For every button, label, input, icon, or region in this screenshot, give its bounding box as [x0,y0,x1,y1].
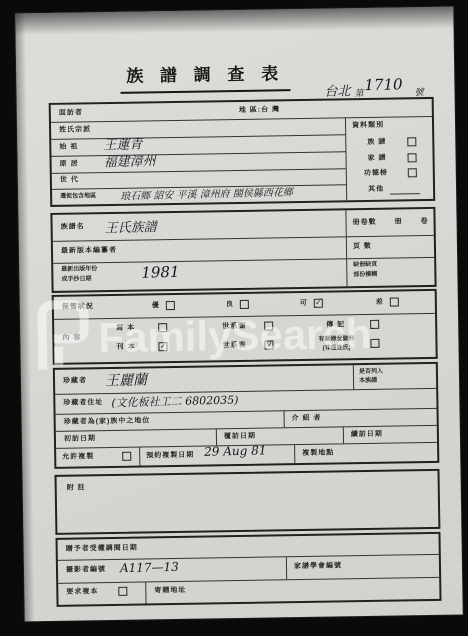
request-copy-checkbox [118,587,127,596]
mailing-address-label: 寄贈地址 [154,587,186,596]
society-number-label: 家譜學會編號 [294,562,342,572]
category-jiapu-label: 家 譜 [368,155,387,164]
copy-permission-checkbox [122,452,131,461]
owner-position-label: 珍藏者為(家)族中之地位 [64,417,151,427]
condition-fair-checkbox: ✓ [314,299,323,308]
content-lineage-chart-label: 世系圖 [222,323,246,332]
content-printed-label: 刊 本 [116,344,135,353]
surname-lineage-label: 姓氏宗派 [59,126,91,135]
followup-visit-label: 續訪日期 [351,431,383,440]
scroll-unit-label: 卷 [421,218,429,227]
publish-year-label-2: 或手抄日期 [61,276,91,284]
donation-table: 贈予者受權調閱日期 攝影者編號 A117—13 家譜學會編號 要求複本 寄贈地址 [55,532,441,607]
content-biography-checkbox [370,320,379,329]
notes-box: 附 註 [55,469,441,535]
origin-label: 原 居 [60,161,79,170]
content-women-label: 有關婦女資料 [318,336,354,344]
category-jiapu-checkbox [407,153,416,162]
basic-info-table: 面訪者 地 區:台 灣 姓氏宗派 始 祖 王蓮青 原 居 福建漳州 世 代 遷徙… [49,97,436,207]
condition-good-checkbox [240,300,249,309]
donor-authorization-date-label: 贈予者受權調閱日期 [66,545,138,555]
origin-value: 福建漳州 [103,150,155,170]
condition-poor-checkbox [390,297,399,306]
book-name-label: 族譜名 [61,223,85,232]
defect-label-1: 缺冊缺頁 [353,262,377,270]
material-category-label: 資料類別 [352,122,384,131]
owner-address-value: (文化板社工二 6802035) [111,391,238,410]
category-zupu-label: 族 譜 [367,139,386,148]
serial-region: 台北 [324,80,350,100]
book-name-value: 王氏族譜 [104,216,156,236]
publish-year-value: 1981 [141,263,180,282]
category-other-line [390,193,420,194]
category-zupu-checkbox [407,137,416,146]
scan-shadow-left [15,13,35,621]
serial-number: 1710 [364,75,403,94]
notes-label: 附 註 [67,484,86,493]
volume-unit-label: 冊 [395,218,403,227]
contents-label: 內 容 [62,334,81,343]
owner-address-label: 珍藏者住址 [63,399,103,408]
condition-poor-label: 差 [376,299,384,308]
owner-label: 珍藏者 [63,377,87,386]
category-merit-label: 功德榜 [364,170,388,179]
migration-label: 遷徙包含地區 [60,193,96,201]
content-manuscript-label: 寫 本 [116,325,135,334]
owner-table: 珍藏者 王麗蘭 是否列入 本族譜 珍藏者住址 (文化板社工二 6802035) … [53,362,440,469]
content-manuscript-checkbox [158,323,167,332]
copy-place-label: 複製地點 [302,450,334,459]
owner-value: 王麗蘭 [105,369,147,390]
content-lineage-table-checkbox: V [264,340,273,349]
content-lineage-chart-checkbox [264,321,273,330]
generations-label: 世 代 [60,176,79,185]
content-printed-checkbox: ✓ [158,342,167,351]
listed-in-book-label-1: 是否列入 [359,369,383,377]
condition-excellent-checkbox [166,301,175,310]
volumes-label: 冊卷數 [353,219,377,228]
second-visit-label: 覆訪日期 [224,433,256,442]
category-merit-checkbox [408,168,417,177]
condition-label: 保管狀況 [62,303,94,312]
publish-year-label-1: 最新出版年份 [61,266,97,274]
scan-shadow [15,7,453,36]
introducer-label: 介 紹 者 [292,415,322,424]
photographer-number-label: 攝影者編號 [66,566,106,575]
condition-good-label: 良 [226,301,234,310]
condition-table: 保管狀況 優 良 可 ✓ 差 內 容 寫 本 世系圖 傳 記 刊 本 ✓ 世系表… [52,289,438,365]
interviewer-label: 面訪者 [59,109,83,118]
copy-date-label: 預約複製日期 [146,452,194,462]
area-label: 地 區:台 灣 [239,106,280,115]
first-visit-label: 初訪日期 [64,435,96,444]
condition-fair-label: 可 [300,300,308,309]
content-lineage-table-label: 世系表 [222,342,246,351]
content-women-checkbox [370,339,379,348]
copy-date-value: 29 Aug 81 [204,443,267,459]
defect-label-2: 部份模糊 [353,272,377,280]
copy-permission-label: 允許複製 [62,453,94,462]
genealogy-book-table: 族譜名 王氏族譜 冊卷數 冊 卷 最新版本編纂者 頁 數 最新出版年份 或手抄日… [50,207,436,293]
first-ancestor-label: 始 祖 [59,144,78,153]
pages-label: 頁 數 [353,243,372,252]
condition-excellent-label: 優 [152,302,160,311]
listed-in-book-label-2: 本族譜 [359,378,377,386]
category-other-label: 其他 [368,186,384,195]
compiler-label: 最新版本編纂者 [61,247,117,257]
scanner-background: 族 譜 調 查 表 台北 第 1710 號 面訪者 地 區:台 灣 姓氏宗派 始… [0,0,468,636]
migration-value: 琅石鄉 詔安 平溪 漳州府 閩侯縣西花鄉 [120,183,293,202]
content-women-sublabel: (非僅姓氏) [323,345,351,353]
photographer-number-value: A117—13 [120,560,179,575]
request-copy-label: 要求複本 [66,588,98,597]
page-title: 族 譜 調 查 表 [120,59,290,94]
scanned-form-page: 族 譜 調 查 表 台北 第 1710 號 面訪者 地 區:台 灣 姓氏宗派 始… [15,7,462,622]
content-biography-label: 傳 記 [326,321,345,330]
